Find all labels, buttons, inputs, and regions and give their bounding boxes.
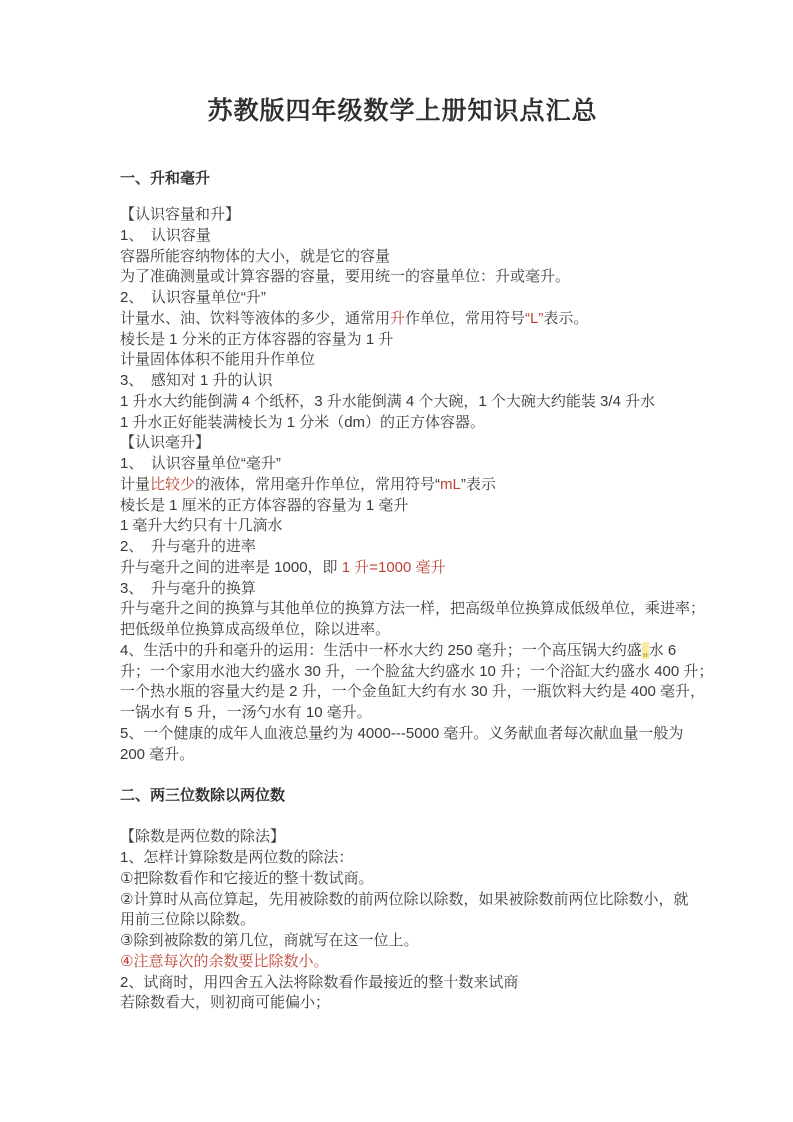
highlighted-mark: „ (642, 642, 649, 659)
text-line: 把低级单位换算成高级单位，除以进率。 (120, 620, 685, 641)
text-segment: 【认识毫升】 (120, 434, 210, 451)
text-line: 1 升水正好能装满棱长为 1 分米（dm）的正方体容器。 (120, 413, 685, 434)
text-segment: 容器所能容纳物体的大小，就是它的容量 (120, 248, 390, 265)
text-line: 1、 认识容量单位“毫升” (120, 454, 685, 475)
section-heading-division: 二、两三位数除以两位数 (120, 785, 685, 806)
text-line: 升与毫升之间的进率是 1000，即 1 升=1000 毫升 (120, 558, 685, 579)
text-line: 为了准确测量或计算容器的容量，要用统一的容量单位：升或毫升。 (120, 267, 685, 288)
text-line: 【认识容量和升】 (120, 205, 685, 226)
text-segment: 1、 认识容量单位“毫升” (120, 455, 281, 472)
text-line: 用前三位除以除数。 (120, 910, 685, 931)
text-segment: 若除数看大，则初商可能偏小； (120, 994, 330, 1011)
text-segment: 4、生活中的升和毫升的运用：生活中一杯水大约 250 毫升；一个高压锅大约盛 (120, 642, 642, 659)
text-line: 2、 升与毫升的进率 (120, 537, 685, 558)
red-emphasis-text: mL (440, 476, 461, 493)
text-segment: 1 毫升大约只有十几滴水 (120, 517, 283, 534)
section-lines-liters: 【认识容量和升】1、 认识容量容器所能容纳物体的大小，就是它的容量为了准确测量或… (120, 205, 685, 765)
text-line: 2、 认识容量单位“升” (120, 288, 685, 309)
page-title: 苏教版四年级数学上册知识点汇总 (120, 94, 685, 128)
text-segment: 水 6 (649, 642, 677, 659)
text-segment: 一个热水瓶的容量大约是 2 升，一个金鱼缸大约有水 30 升，一瓶饮料大约是 4… (120, 683, 705, 700)
document-body: 苏教版四年级数学上册知识点汇总 一、升和毫升 【认识容量和升】1、 认识容量容器… (0, 0, 793, 1014)
text-segment: ③除到被除数的第几位，商就写在这一位上。 (120, 932, 418, 949)
text-line: 棱长是 1 分米的正方体容器的容量为 1 升 (120, 330, 685, 351)
text-segment: 计量固体体积不能用升作单位 (120, 351, 315, 368)
text-line: 3、 升与毫升的换算 (120, 579, 685, 600)
red-emphasis-text: ④注意每次的余数要比除数小。 (120, 953, 328, 970)
text-line: 1、 认识容量 (120, 226, 685, 247)
text-line: 棱长是 1 厘米的正方体容器的容量为 1 毫升 (120, 496, 685, 517)
text-segment: 一锅水有 5 升，一汤勺水有 10 毫升。 (120, 704, 372, 721)
text-segment: 1 升水大约能倒满 4 个纸杯，3 升水能倒满 4 个大碗，1 个大碗大约能装 … (120, 393, 655, 410)
text-segment: ①把除数看作和它接近的整十数试商。 (120, 870, 373, 887)
text-segment: 用前三位除以除数。 (120, 911, 255, 928)
document-page: 苏教版四年级数学上册知识点汇总 一、升和毫升 【认识容量和升】1、 认识容量容器… (0, 0, 793, 1122)
section-heading-liters: 一、升和毫升 (120, 168, 685, 189)
text-line: 一锅水有 5 升，一汤勺水有 10 毫升。 (120, 703, 685, 724)
text-line: ④注意每次的余数要比除数小。 (120, 952, 685, 973)
text-segment: 2、 认识容量单位“升” (120, 289, 266, 306)
text-line: 计量比较少的液体，常用毫升作单位，常用符号“mL”表示 (120, 475, 685, 496)
text-segment: 1 升水正好能装满棱长为 1 分米（dm）的正方体容器。 (120, 414, 485, 431)
text-line: ①把除数看作和它接近的整十数试商。 (120, 869, 685, 890)
text-segment: 2、 升与毫升的进率 (120, 538, 256, 555)
text-line: 【除数是两位数的除法】 (120, 827, 685, 848)
text-segment: 升；一个家用水池大约盛水 30 升，一个脸盆大约盛水 10 升；一个浴缸大约盛水… (120, 663, 713, 680)
red-emphasis-text: 升 (390, 310, 405, 327)
text-segment: 2、试商时，用四舍五入法将除数看作最接近的整十数来试商 (120, 974, 518, 991)
text-line: 5、一个健康的成年人血液总量约为 4000---5000 毫升。义务献血者每次献… (120, 724, 685, 745)
text-segment: 的液体，常用毫升作单位，常用符号“ (195, 476, 440, 493)
text-line: 升；一个家用水池大约盛水 30 升，一个脸盆大约盛水 10 升；一个浴缸大约盛水… (120, 662, 685, 683)
text-segment: 【除数是两位数的除法】 (120, 828, 285, 845)
text-segment: 把低级单位换算成高级单位，除以进率。 (120, 621, 390, 638)
text-line: ②计算时从高位算起，先用被除数的前两位除以除数，如果被除数前两位比除数小，就 (120, 890, 685, 911)
text-line: 计量固体体积不能用升作单位 (120, 350, 685, 371)
text-line: 1 升水大约能倒满 4 个纸杯，3 升水能倒满 4 个大碗，1 个大碗大约能装 … (120, 392, 685, 413)
text-line: 4、生活中的升和毫升的运用：生活中一杯水大约 250 毫升；一个高压锅大约盛„水… (120, 641, 685, 662)
text-segment: 1、怎样计算除数是两位数的除法： (120, 849, 353, 866)
text-line: 2、试商时，用四舍五入法将除数看作最接近的整十数来试商 (120, 973, 685, 994)
text-segment: 作单位，常用符号 (405, 310, 525, 327)
text-segment: 升与毫升之间的进率是 1000，即 (120, 559, 342, 576)
text-line: ③除到被除数的第几位，商就写在这一位上。 (120, 931, 685, 952)
text-line: 1 毫升大约只有十几滴水 (120, 516, 685, 537)
red-emphasis-text: “L” (525, 310, 543, 327)
text-segment: ”表示 (461, 476, 496, 493)
text-line: 200 毫升。 (120, 745, 685, 766)
text-segment: 计量 (120, 476, 150, 493)
red-emphasis-text: 1 升=1000 毫升 (342, 559, 446, 576)
text-segment: 棱长是 1 厘米的正方体容器的容量为 1 毫升 (120, 497, 408, 514)
text-line: 升与毫升之间的换算与其他单位的换算方法一样，把高级单位换算成低级单位，乘进率； (120, 599, 685, 620)
text-segment: 计量水、油、饮料等液体的多少，通常用 (120, 310, 390, 327)
text-line: 计量水、油、饮料等液体的多少，通常用升作单位，常用符号“L”表示。 (120, 309, 685, 330)
text-segment: 3、 升与毫升的换算 (120, 580, 256, 597)
text-line: 一个热水瓶的容量大约是 2 升，一个金鱼缸大约有水 30 升，一瓶饮料大约是 4… (120, 682, 685, 703)
text-segment: 200 毫升。 (120, 746, 194, 763)
text-segment: 棱长是 1 分米的正方体容器的容量为 1 升 (120, 331, 393, 348)
text-line: 【认识毫升】 (120, 433, 685, 454)
text-line: 3、 感知对 1 升的认识 (120, 371, 685, 392)
section-lines-division: 【除数是两位数的除法】1、怎样计算除数是两位数的除法：①把除数看作和它接近的整十… (120, 827, 685, 1014)
text-line: 1、怎样计算除数是两位数的除法： (120, 848, 685, 869)
text-line: 容器所能容纳物体的大小，就是它的容量 (120, 247, 685, 268)
text-segment: 5、一个健康的成年人血液总量约为 4000---5000 毫升。义务献血者每次献… (120, 725, 683, 742)
text-segment: 3、 感知对 1 升的认识 (120, 372, 273, 389)
text-segment: 为了准确测量或计算容器的容量，要用统一的容量单位：升或毫升。 (120, 268, 570, 285)
text-line: 若除数看大，则初商可能偏小； (120, 993, 685, 1014)
text-segment: 【认识容量和升】 (120, 206, 240, 223)
text-segment: ②计算时从高位算起，先用被除数的前两位除以除数，如果被除数前两位比除数小，就 (120, 891, 688, 908)
text-segment: 1、 认识容量 (120, 227, 211, 244)
text-segment: 升与毫升之间的换算与其他单位的换算方法一样，把高级单位换算成低级单位，乘进率； (120, 600, 705, 617)
text-segment: 表示。 (543, 310, 588, 327)
red-emphasis-text: 比较少 (150, 476, 195, 493)
